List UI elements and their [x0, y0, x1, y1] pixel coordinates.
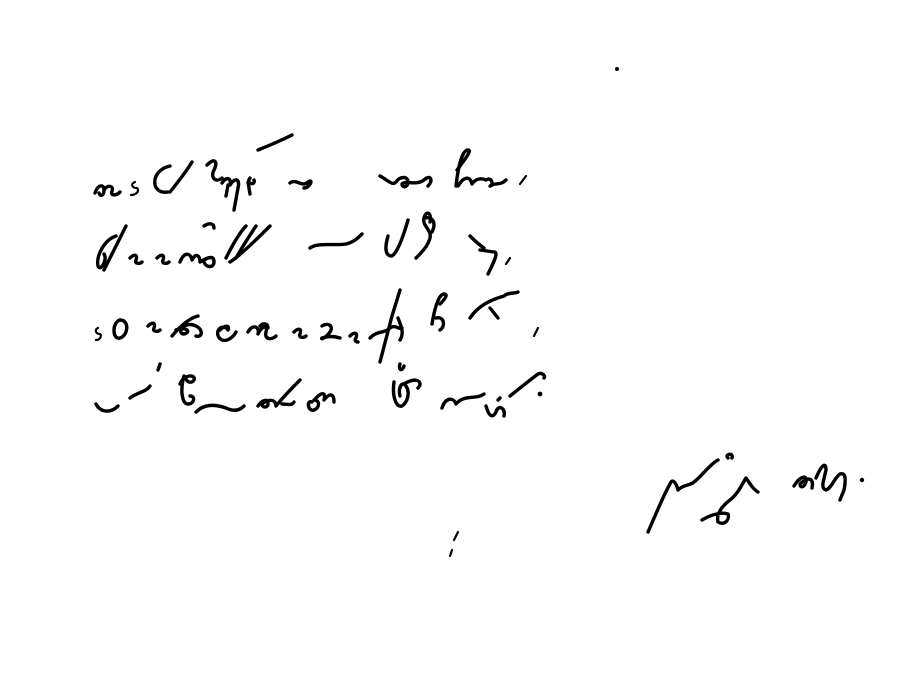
- period-dot: [538, 392, 543, 397]
- stray-mark-bottom: [450, 532, 458, 556]
- shorthand-ink: [0, 0, 912, 684]
- stray-mark: [615, 67, 619, 71]
- shorthand-line-2: [98, 213, 510, 274]
- shorthand-line-1: [95, 135, 526, 210]
- shorthand-line-4: [96, 364, 545, 416]
- shorthand-signature: [648, 454, 864, 532]
- scanned-page: shorthand line 1, ends with comma shorth…: [0, 0, 912, 684]
- signature-period-dot: [860, 478, 864, 482]
- shorthand-line-3: [96, 290, 538, 362]
